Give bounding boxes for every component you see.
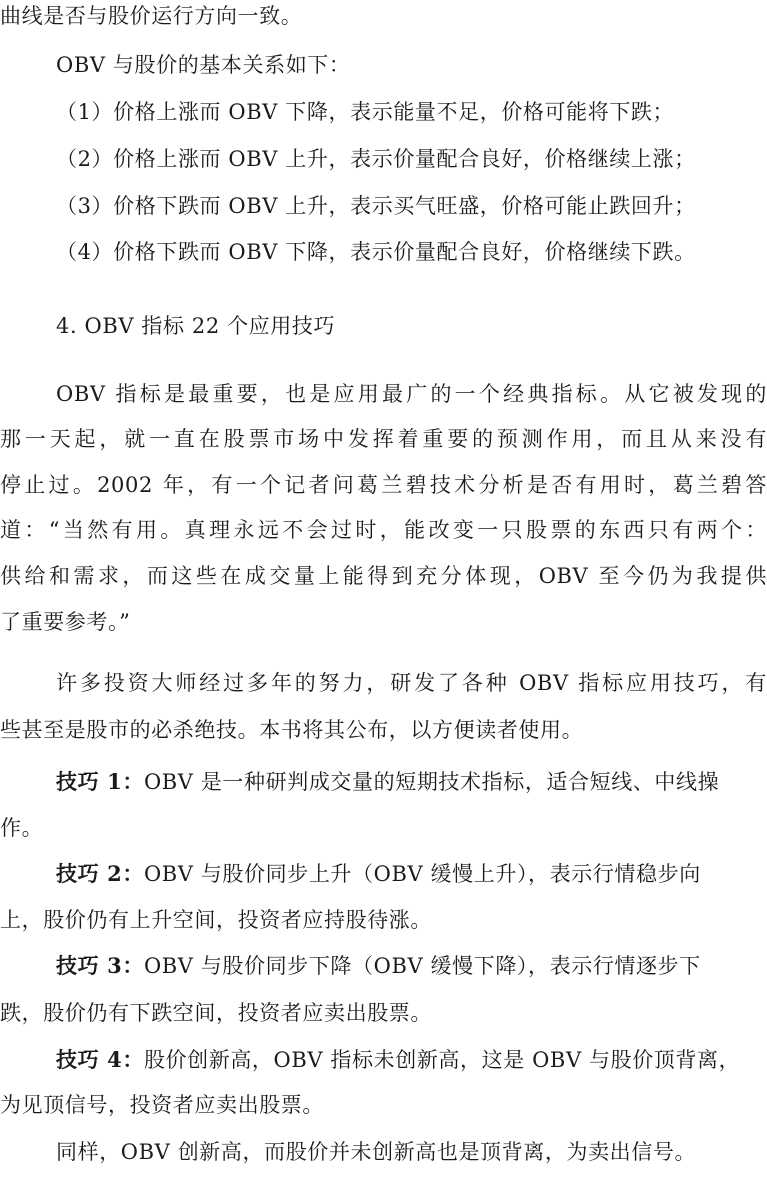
paragraph-continuation: 曲线是否与股价运行方向一致。 [0,2,302,30]
tip-text: 股价创新高，OBV 指标未创新高，这是 OBV 与股价顶背离， [144,1048,740,1072]
paragraph-line: 为见顶信号，投资者应卖出股票。 [0,1091,324,1119]
paragraph-line: OBV 指标是最重要，也是应用最广的一个经典指标。从它被发现的 [56,380,767,408]
tip-text: OBV 与股价同步下降（OBV 缓慢下降），表示行情逐步下 [144,954,701,978]
paragraph-line: 些甚至是股市的必杀绝技。本书将其公布，以方便读者使用。 [0,716,583,744]
tip-text: OBV 是一种研判成交量的短期技术指标，适合短线、中线操 [144,770,719,794]
relationship-item-2: （2）价格上涨而 OBV 上升，表示价量配合良好，价格继续上涨； [56,145,696,173]
tip-1: 技巧 1：OBV 是一种研判成交量的短期技术指标，适合短线、中线操 [56,768,767,796]
tip-3: 技巧 3：OBV 与股价同步下降（OBV 缓慢下降），表示行情逐步下 [56,952,767,980]
paragraph-line: 了重要参考。” [0,608,130,636]
relationship-item-1: （1）价格上涨而 OBV 下降，表示能量不足，价格可能将下跌； [56,98,674,126]
paragraph-line: 供给和需求，而这些在成交量上能得到充分体现，OBV 至今仍为我提供 [0,562,767,590]
tip-label: 技巧 1： [56,769,144,794]
paragraph-line: 那一天起，就一直在股票市场中发挥着重要的预测作用，而且从来没有 [0,425,767,453]
paragraph-line: 许多投资大师经过多年的努力，研发了各种 OBV 指标应用技巧，有 [56,669,767,697]
paragraph-line: 上，股价仍有上升空间，投资者应持股待涨。 [0,906,432,934]
paragraph-line: 停止过。2002 年，有一个记者问葛兰碧技术分析是否有用时，葛兰碧答 [0,471,767,499]
paragraph-line: 同样，OBV 创新高，而股价并未创新高也是顶背离，为卖出信号。 [56,1138,696,1166]
tip-label: 技巧 4： [56,1047,144,1072]
paragraph-line: 道：“当然有用。真理永远不会过时，能改变一只股票的东西只有两个： [0,516,767,544]
tip-text: OBV 与股价同步上升（OBV 缓慢上升），表示行情稳步向 [144,862,701,886]
relationship-intro: OBV 与股价的基本关系如下： [56,51,351,79]
paragraph-line: 作。 [0,814,43,842]
paragraph-line: 跌，股价仍有下跌空间，投资者应卖出股票。 [0,999,432,1027]
section-heading: 4. OBV 指标 22 个应用技巧 [56,312,335,340]
tip-label: 技巧 3： [56,953,144,978]
tip-4: 技巧 4：股价创新高，OBV 指标未创新高，这是 OBV 与股价顶背离， [56,1046,767,1074]
tip-2: 技巧 2：OBV 与股价同步上升（OBV 缓慢上升），表示行情稳步向 [56,860,767,888]
relationship-item-4: （4）价格下跌而 OBV 下降，表示价量配合良好，价格继续下跌。 [56,238,696,266]
tip-label: 技巧 2： [56,861,144,886]
relationship-item-3: （3）价格下跌而 OBV 上升，表示买气旺盛，价格可能止跌回升； [56,192,696,220]
